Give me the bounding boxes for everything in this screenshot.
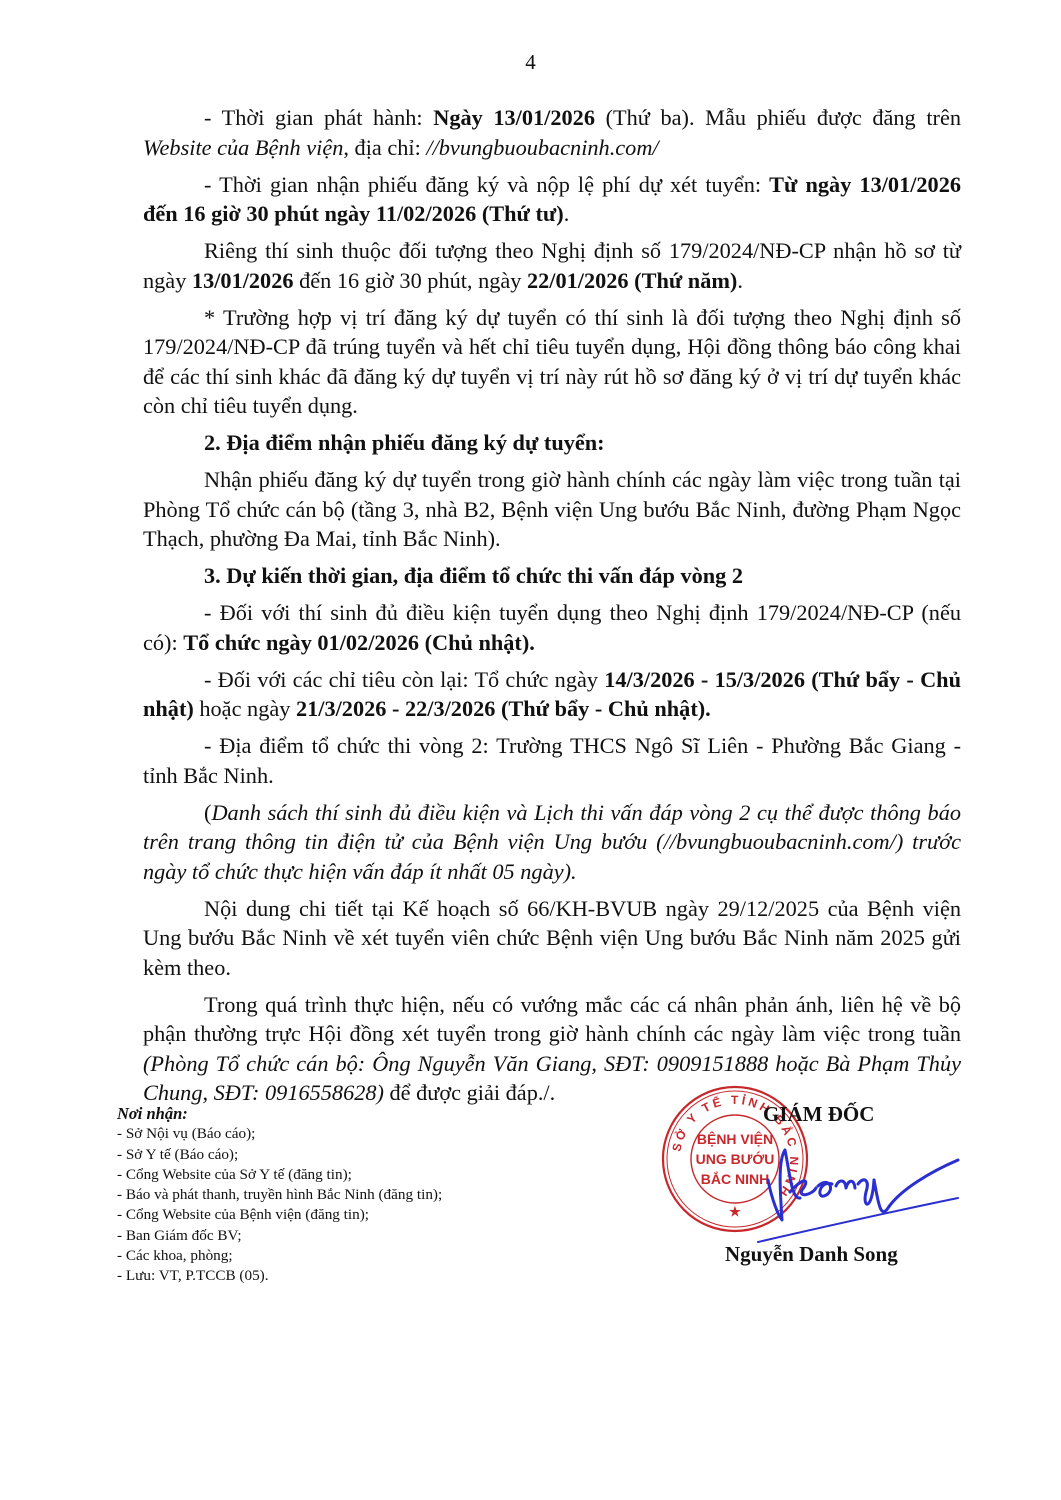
text-run: 3. Dự kiến thời gian, địa điểm tổ chức t… <box>204 563 743 588</box>
section-heading: 2. Địa điểm nhận phiếu đăng ký dự tuyển: <box>143 428 961 458</box>
text-run: hoặc ngày <box>194 696 296 721</box>
paragraph-round2-others: - Đối với các chỉ tiêu còn lại: Tổ chức … <box>143 665 961 724</box>
text-run: Tổ chức ngày 01/02/2026 (Chủ nhật). <box>183 630 535 655</box>
text-run: 13/01/2026 <box>192 268 294 293</box>
text-run: - Thời gian phát hành: <box>204 105 433 130</box>
text-run: - Đối với các chỉ tiêu còn lại: Tổ chức … <box>204 667 604 692</box>
text-run: , địa chỉ: <box>343 135 426 160</box>
paragraph-round2-venue: - Địa điểm tổ chức thi vòng 2: Trường TH… <box>143 731 961 790</box>
recipients-block: Nơi nhận: - Sở Nội vụ (Báo cáo); - Sở Y … <box>117 1104 442 1287</box>
text-run: Ngày 13/01/2026 <box>433 105 595 130</box>
text-run: //bvungbuoubacninh.com/ <box>426 135 658 160</box>
recipient-item: - Ban Giám đốc BV; <box>117 1226 442 1246</box>
paragraph-release: - Thời gian phát hành: Ngày 13/01/2026 (… <box>143 103 961 162</box>
document-body: - Thời gian phát hành: Ngày 13/01/2026 (… <box>143 103 961 1115</box>
recipient-item: - Lưu: VT, P.TCCB (05). <box>117 1266 442 1286</box>
text-run: Website của Bệnh viện <box>143 135 343 160</box>
section-heading: 3. Dự kiến thời gian, địa điểm tổ chức t… <box>143 561 961 591</box>
recipient-item: - Cổng Website của Bệnh viện (đăng tin); <box>117 1205 442 1225</box>
text-run: Trong quá trình thực hiện, nếu có vướng … <box>143 992 961 1047</box>
paragraph-decree-candidates: Riêng thí sinh thuộc đối tượng theo Nghị… <box>143 236 961 295</box>
recipient-item: - Các khoa, phòng; <box>117 1246 442 1266</box>
text-run: Nội dung chi tiết tại Kế hoạch số 66/KH-… <box>143 896 961 980</box>
recipient-item: - Cổng Website của Sở Y tế (đăng tin); <box>117 1165 442 1185</box>
paragraph-plan-ref: Nội dung chi tiết tại Kế hoạch số 66/KH-… <box>143 894 961 983</box>
text-run: - Địa điểm tổ chức thi vòng 2: Trường TH… <box>143 733 961 788</box>
text-run: . <box>737 268 743 293</box>
signer-name: Nguyễn Danh Song <box>725 1242 898 1267</box>
recipient-item: - Sở Y tế (Báo cáo); <box>117 1145 442 1165</box>
recipient-item: - Sở Nội vụ (Báo cáo); <box>117 1124 442 1144</box>
page-number: 4 <box>0 50 1061 75</box>
recipients-title: Nơi nhận: <box>117 1104 442 1124</box>
text-run: 22/01/2026 (Thứ năm) <box>527 268 737 293</box>
text-run: (Thứ ba). Mẫu phiếu được đăng trên <box>595 105 961 130</box>
text-run: đến 16 giờ 30 phút, ngày <box>294 268 528 293</box>
signature-block: SỞ Y TẾ TỈNH BẮC NINH BỆNH VIỆN UNG BƯỚU… <box>640 1080 960 1280</box>
paragraph-note: * Trường hợp vị trí đăng ký dự tuyển có … <box>143 303 961 421</box>
paragraph-location: Nhận phiếu đăng ký dự tuyển trong giờ hà… <box>143 465 961 554</box>
text-run: 21/3/2026 - 22/3/2026 (Thứ bẩy - Chủ nhậ… <box>296 696 711 721</box>
text-run: - Thời gian nhận phiếu đăng ký và nộp lệ… <box>204 172 769 197</box>
paragraph-list-note: (Danh sách thí sinh đủ điều kiện và Lịch… <box>143 798 961 887</box>
text-run: Nhận phiếu đăng ký dự tuyển trong giờ hà… <box>143 467 961 551</box>
text-run: Danh sách thí sinh đủ điều kiện và Lịch … <box>143 800 961 884</box>
text-run: * Trường hợp vị trí đăng ký dự tuyển có … <box>143 305 961 419</box>
text-run: 2. Địa điểm nhận phiếu đăng ký dự tuyển: <box>204 430 605 455</box>
recipient-item: - Báo và phát thanh, truyền hình Bắc Nin… <box>117 1185 442 1205</box>
paragraph-round2-decree: - Đối với thí sinh đủ điều kiện tuyển dụ… <box>143 598 961 657</box>
paragraph-receive-time: - Thời gian nhận phiếu đăng ký và nộp lệ… <box>143 170 961 229</box>
text-run: . <box>564 201 570 226</box>
text-run: để được giải đáp./. <box>384 1080 555 1105</box>
